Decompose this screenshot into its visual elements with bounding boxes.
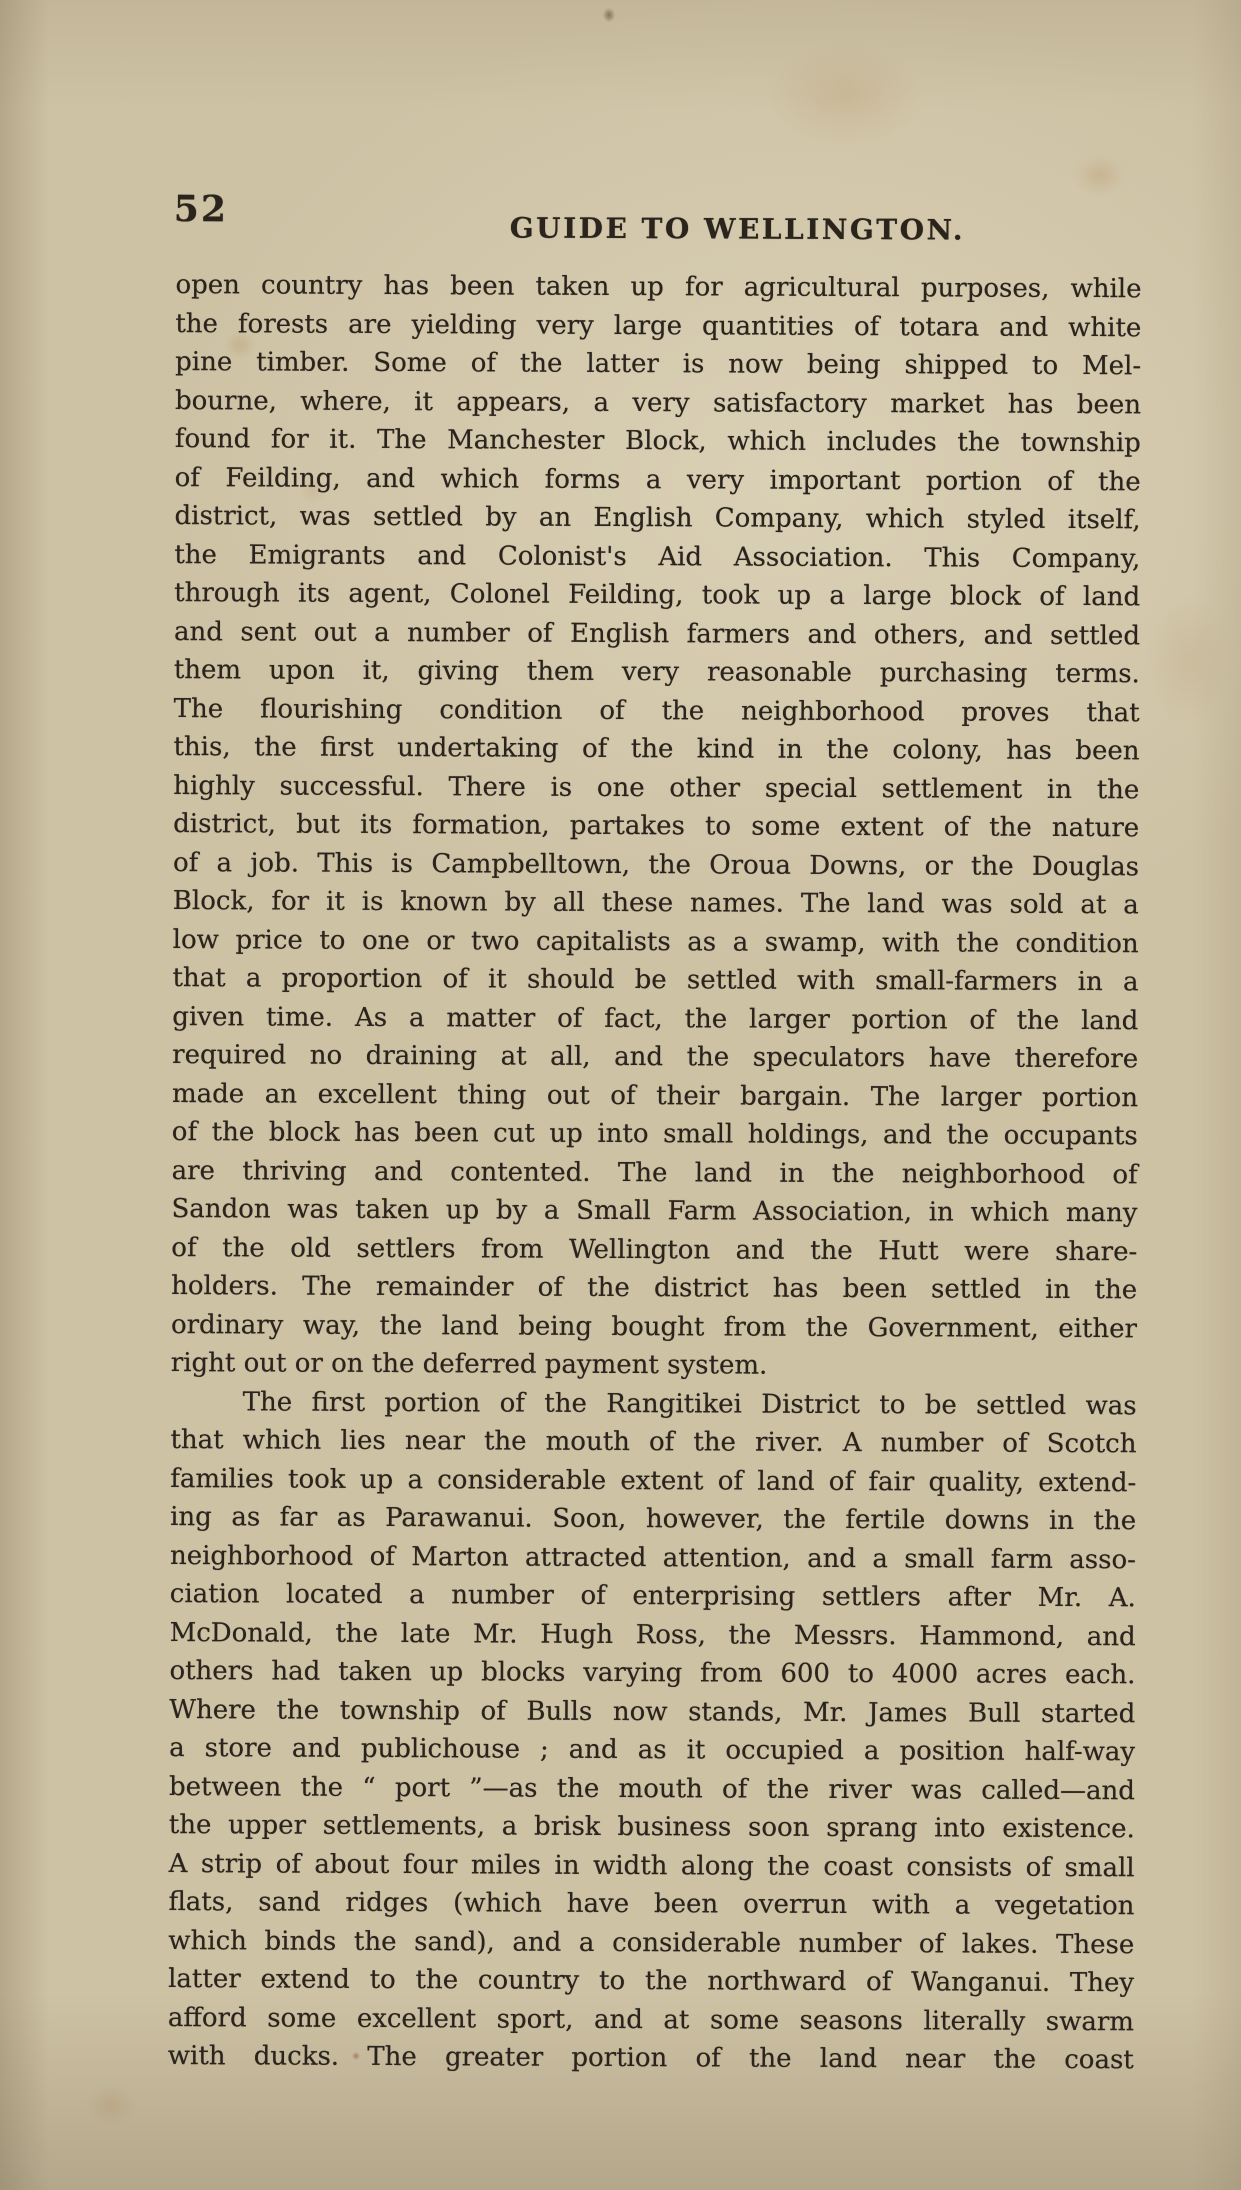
text-line: afford some excellent sport, and at some…: [168, 1999, 1134, 2042]
text-line: McDonald, the late Mr. Hugh Ross, the Me…: [170, 1614, 1136, 1657]
text-line: Block, for it is known by all these name…: [173, 882, 1139, 925]
page-content: 52 GUIDE TO WELLINGTON. open country has…: [0, 0, 1241, 2190]
text-line: low price to one or two capitalists as a…: [173, 921, 1139, 964]
text-line: bourne, where, it appears, a very satisf…: [175, 382, 1141, 425]
body-text: open country has been taken up for agric…: [168, 266, 1142, 2080]
text-line: that which lies near the mouth of the ri…: [170, 1421, 1136, 1464]
book-page-scan: 52 GUIDE TO WELLINGTON. open country has…: [0, 0, 1241, 2190]
text-line: neighborhood of Marton attracted attenti…: [170, 1537, 1136, 1580]
text-line: this, the first undertaking of the kind …: [173, 728, 1139, 771]
text-line: of a job. This is Campbelltown, the Orou…: [173, 844, 1139, 887]
text-line: the upper settlements, a brisk business …: [169, 1806, 1135, 1849]
text-line: them upon it, giving them very reasonabl…: [174, 651, 1140, 694]
text-line: Where the township of Bulls now stands, …: [169, 1691, 1135, 1734]
text-line: that a proportion of it should be settle…: [172, 959, 1138, 1002]
text-line: given time. As a matter of fact, the lar…: [172, 998, 1138, 1041]
text-line: others had taken up blocks varying from …: [169, 1652, 1135, 1695]
text-line: found for it. The Manchester Block, whic…: [175, 420, 1141, 463]
text-line: The first portion of the Rangitikei Dist…: [171, 1383, 1137, 1426]
text-line: open country has been taken up for agric…: [175, 266, 1141, 309]
text-line: of Feilding, and which forms a very impo…: [175, 459, 1141, 502]
page-number: 52: [174, 188, 228, 230]
text-line: highly successful. There is one other sp…: [173, 767, 1139, 810]
text-line: A strip of about four miles in width alo…: [169, 1845, 1135, 1888]
text-line: made an excellent thing out of their bar…: [172, 1075, 1138, 1118]
text-line: between the “ port ”—as the mouth of the…: [169, 1768, 1135, 1811]
text-line: holders. The remainder of the district h…: [171, 1267, 1137, 1310]
text-line: required no draining at all, and the spe…: [172, 1036, 1138, 1079]
text-line: of the old settlers from Wellington and …: [171, 1229, 1137, 1272]
text-line: the Emigrants and Colonist's Aid Associa…: [174, 536, 1140, 579]
text-line: and sent out a number of English farmers…: [174, 613, 1140, 656]
text-line: of the block has been cut up into small …: [172, 1113, 1138, 1156]
running-header-title: GUIDE TO WELLINGTON.: [510, 212, 965, 247]
text-line: The flourishing condition of the neighbo…: [174, 690, 1140, 733]
text-line: district, but its formation, partakes to…: [173, 805, 1139, 848]
text-line: ing as far as Parawanui. Soon, however, …: [170, 1498, 1136, 1541]
text-line: the forests are yielding very large quan…: [175, 305, 1141, 348]
text-line: ciation located a number of enterprising…: [170, 1575, 1136, 1618]
text-line: with ducks. The greater portion of the l…: [168, 2037, 1134, 2080]
text-line: Sandon was taken up by a Small Farm Asso…: [171, 1190, 1137, 1233]
text-line: right out or on the deferred payment sys…: [171, 1344, 1137, 1387]
text-line: flats, sand ridges (which have been over…: [168, 1883, 1134, 1926]
text-line: district, was settled by an English Comp…: [174, 497, 1140, 540]
text-line: families took up a considerable extent o…: [170, 1460, 1136, 1503]
text-line: are thriving and contented. The land in …: [172, 1152, 1138, 1195]
text-line: ordinary way, the land being bought from…: [171, 1306, 1137, 1349]
text-line: pine timber. Some of the latter is now b…: [175, 343, 1141, 386]
text-line: a store and publichouse ; and as it occu…: [169, 1729, 1135, 1772]
text-line: latter extend to the country to the nort…: [168, 1960, 1134, 2003]
text-line: which binds the sand), and a considerabl…: [168, 1922, 1134, 1965]
text-line: through its agent, Colonel Feilding, too…: [174, 574, 1140, 617]
